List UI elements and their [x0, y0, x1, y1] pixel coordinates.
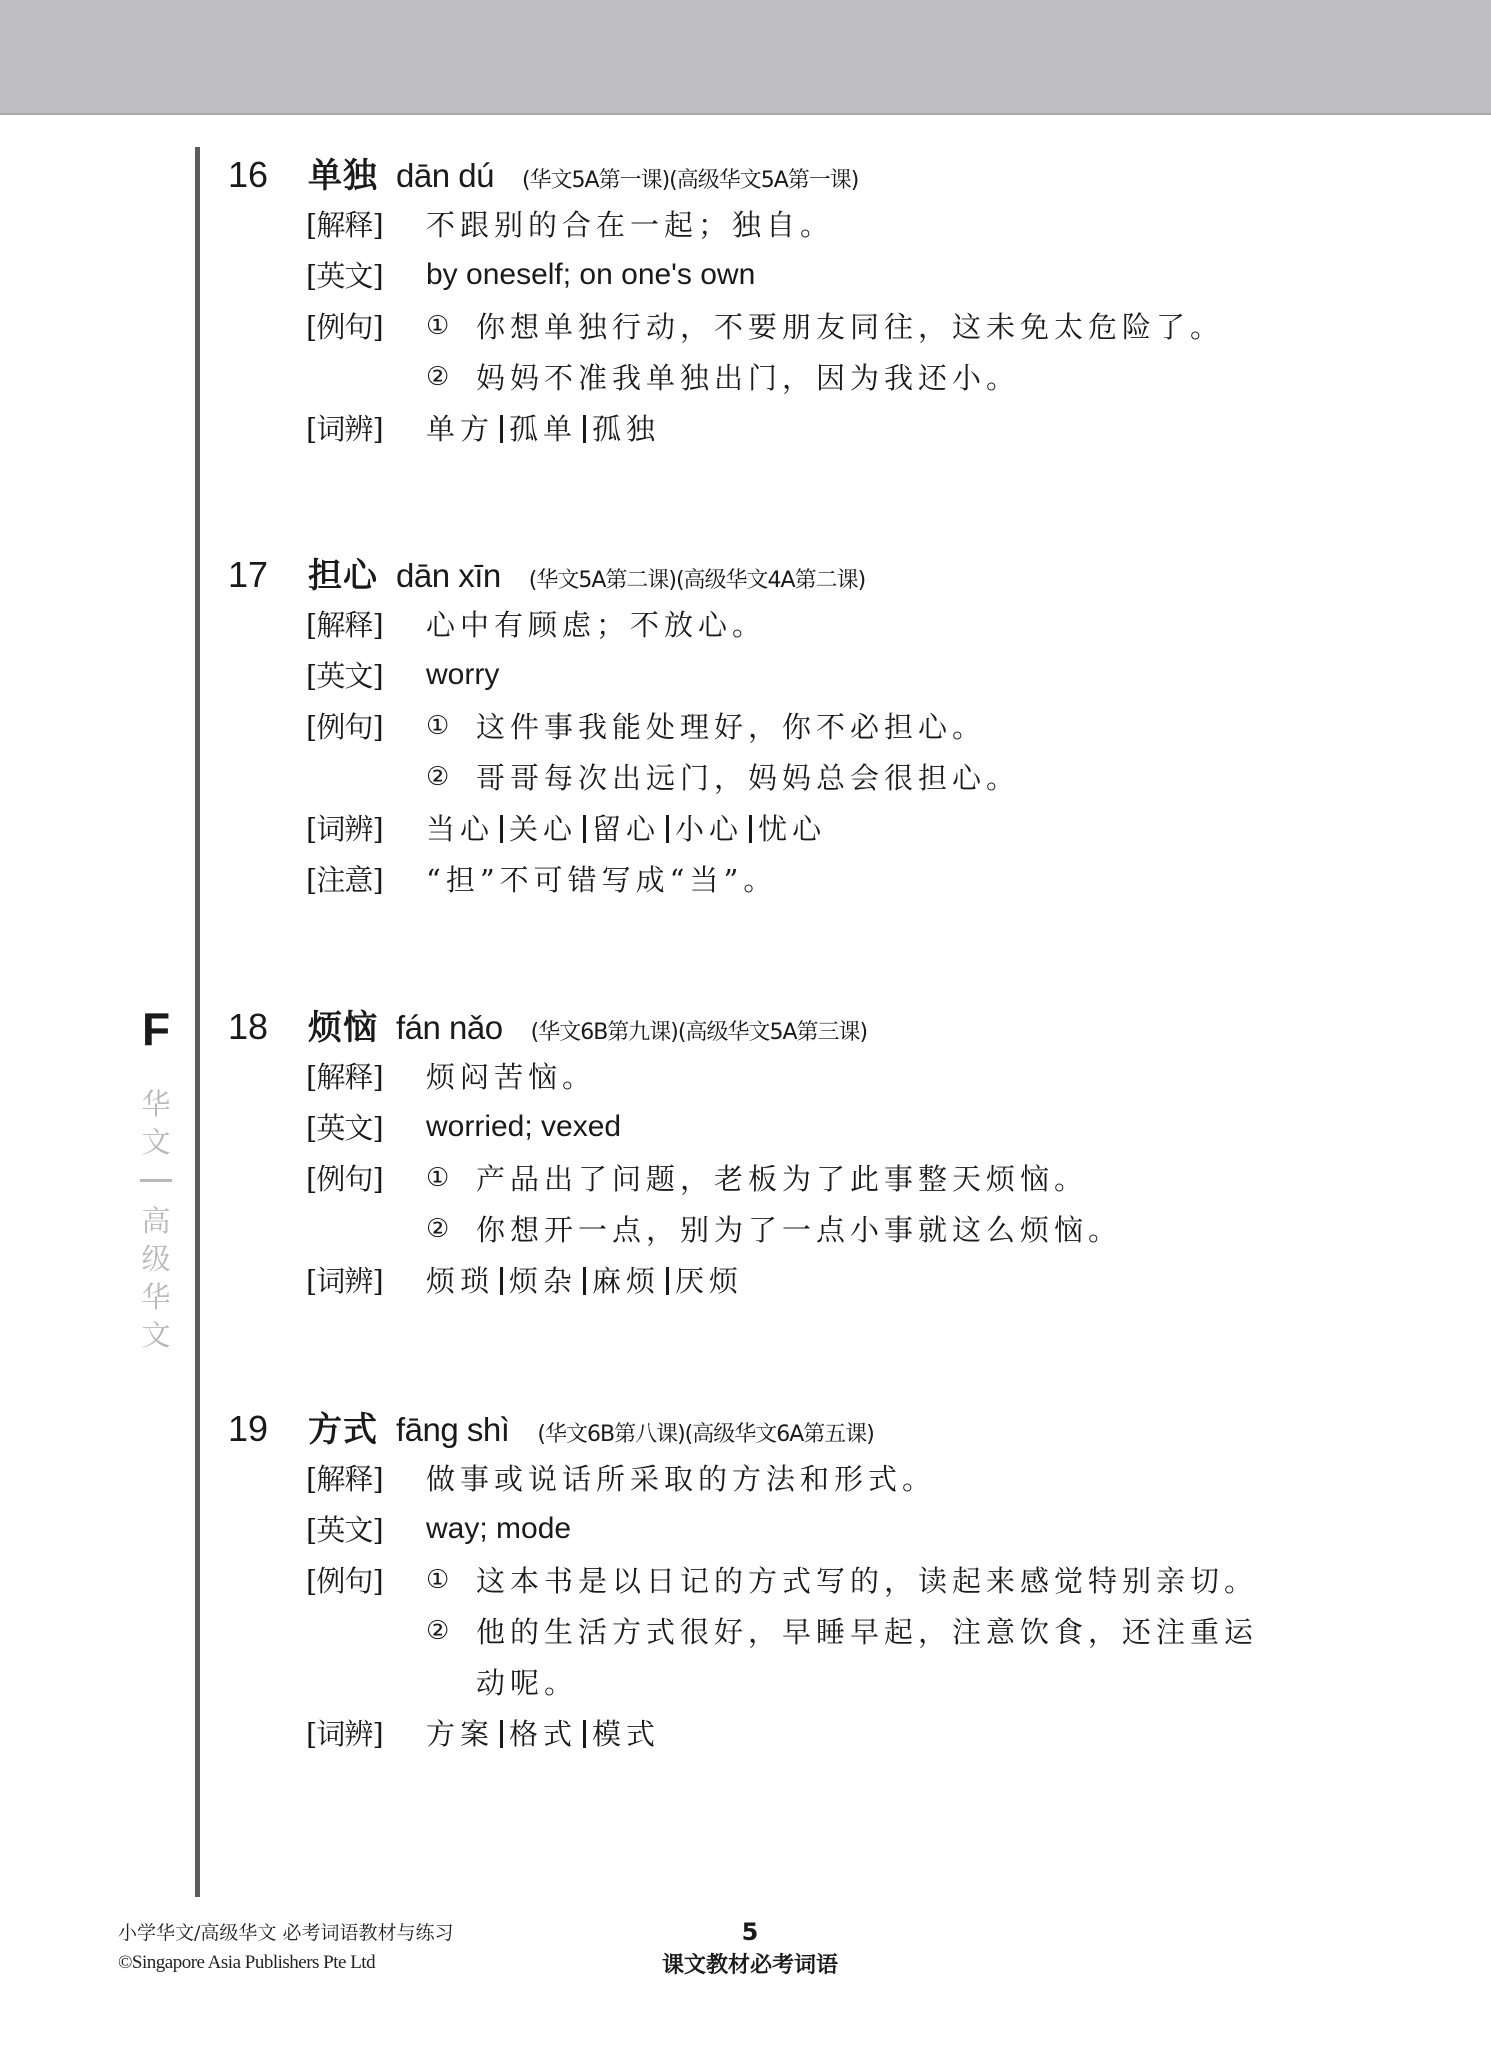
distinguish-label: [词辨] [306, 807, 426, 848]
example-text: 这本书是以日记的方式写的，读起来感觉特别亲切。 [476, 1559, 1258, 1600]
separator [500, 415, 503, 443]
vocab-entry-19: 19 方式 fāng shì (华文6B第八课)(高级华文6A第五课) [解释]… [228, 1402, 1428, 1758]
entry-word: 烦恼 [308, 1000, 378, 1049]
explain-text: 不跟别的合在一起；独自。 [426, 203, 834, 244]
example-row-2: ② 他的生活方式很好，早睡早起，注意饮食，还注重运 [306, 1605, 1428, 1656]
related-word: 麻烦 [592, 1264, 660, 1298]
related-word: 当心 [426, 812, 494, 846]
distinguish-row: [词辨] 烦琐烦杂麻烦厌烦 [306, 1254, 1428, 1305]
vocab-entry-18: 18 烦恼 fán nǎo (华文6B第九课)(高级华文5A第三课) [解释] … [228, 1000, 1428, 1305]
side-vertical-label: 华文 高级华文 [137, 1085, 175, 1354]
entry-number: 16 [228, 154, 308, 196]
side-label-top: 华文 [141, 1087, 170, 1159]
related-word: 孤独 [592, 412, 660, 446]
example-text: 哥哥每次出远门，妈妈总会很担心。 [476, 756, 1020, 797]
example-row-2: ② 妈妈不准我单独出门，因为我还小。 [306, 351, 1428, 402]
entry-sources: (华文5A第二课)(高级华文4A第二课) [529, 563, 865, 594]
related-word: 格式 [509, 1717, 577, 1751]
circle-two-icon: ② [426, 762, 476, 792]
distinguish-list: 单方孤单孤独 [426, 407, 660, 448]
english-text: by oneself; on one's own [426, 258, 755, 292]
example-row-1: [例句] ① 你想单独行动，不要朋友同往，这未免太危险了。 [306, 300, 1428, 351]
circle-one-icon: ① [426, 311, 476, 341]
distinguish-list: 烦琐烦杂麻烦厌烦 [426, 1259, 743, 1300]
explain-row: [解释] 做事或说话所采取的方法和形式。 [306, 1452, 1428, 1503]
vocab-entry-17: 17 担心 dān xīn (华文5A第二课)(高级华文4A第二课) [解释] … [228, 548, 1428, 904]
example-continuation: 动呢。 [476, 1656, 1428, 1707]
example-row-1: [例句] ① 这本书是以日记的方式写的，读起来感觉特别亲切。 [306, 1554, 1428, 1605]
side-label-bottom: 高级华文 [141, 1204, 170, 1352]
distinguish-label: [词辨] [306, 1259, 426, 1300]
example-text: 你想开一点，别为了一点小事就这么烦恼。 [476, 1208, 1122, 1249]
separator [500, 1267, 503, 1295]
separator [583, 1720, 586, 1748]
separator [500, 815, 503, 843]
entry-pinyin: fāng shì [396, 1411, 509, 1449]
related-word: 孤单 [509, 412, 577, 446]
english-label: [英文] [306, 1106, 426, 1147]
entry-header: 16 单独 dān dú (华文5A第一课)(高级华文5A第一课) [228, 148, 1428, 198]
related-word: 烦杂 [509, 1264, 577, 1298]
separator [749, 815, 752, 843]
separator [583, 415, 586, 443]
explain-label: [解释] [306, 603, 426, 644]
explain-label: [解释] [306, 203, 426, 244]
page-number: 5 [640, 1915, 860, 1949]
note-label: [注意] [306, 858, 426, 899]
explain-text: 做事或说话所采取的方法和形式。 [426, 1457, 936, 1498]
example-text: 他的生活方式很好，早睡早起，注意饮食，还注重运 [476, 1610, 1258, 1651]
separator [666, 1267, 669, 1295]
english-text: way; mode [426, 1512, 571, 1546]
explain-row: [解释] 不跟别的合在一起；独自。 [306, 198, 1428, 249]
related-word: 忧心 [758, 812, 826, 846]
example-label: [例句] [306, 1157, 426, 1198]
entry-number: 17 [228, 554, 308, 596]
entry-number: 19 [228, 1408, 308, 1450]
footer-book-info: 小学华文/高级华文 必考词语教材与练习 ©Singapore Asia Publ… [118, 1918, 453, 1978]
english-row: [英文] worried; vexed [306, 1101, 1428, 1152]
example-row-1: [例句] ① 产品出了问题，老板为了此事整天烦恼。 [306, 1152, 1428, 1203]
distinguish-label: [词辨] [306, 1712, 426, 1753]
entry-header: 19 方式 fāng shì (华文6B第八课)(高级华文6A第五课) [228, 1402, 1428, 1452]
example-label: [例句] [306, 1559, 426, 1600]
related-word: 小心 [675, 812, 743, 846]
example-label: [例句] [306, 305, 426, 346]
vocab-entry-16: 16 单独 dān dú (华文5A第一课)(高级华文5A第一课) [解释] 不… [228, 148, 1428, 453]
copyright-text: ©Singapore Asia Publishers Pte Ltd [118, 1948, 453, 1978]
explain-label: [解释] [306, 1055, 426, 1096]
related-word: 留心 [592, 812, 660, 846]
note-text: “担”不可错写成“当”。 [426, 858, 777, 899]
example-row-1: [例句] ① 这件事我能处理好，你不必担心。 [306, 700, 1428, 751]
english-row: [英文] way; mode [306, 1503, 1428, 1554]
page-header-band [0, 0, 1491, 115]
entry-sources: (华文5A第一课)(高级华文5A第一课) [522, 163, 858, 194]
distinguish-list: 当心关心留心小心忧心 [426, 807, 826, 848]
english-row: [英文] worry [306, 649, 1428, 700]
entry-word: 方式 [308, 1402, 378, 1451]
english-label: [英文] [306, 654, 426, 695]
english-text: worried; vexed [426, 1110, 621, 1144]
entry-sources: (华文6B第九课)(高级华文5A第三课) [531, 1015, 867, 1046]
circle-one-icon: ① [426, 711, 476, 741]
distinguish-row: [词辨] 方案格式模式 [306, 1707, 1428, 1758]
example-text: 妈妈不准我单独出门，因为我还小。 [476, 356, 1020, 397]
note-row: [注意] “担”不可错写成“当”。 [306, 853, 1428, 904]
related-word: 模式 [592, 1717, 660, 1751]
example-text: 你想单独行动，不要朋友同往，这未免太危险了。 [476, 305, 1224, 346]
side-label-dash [140, 1179, 172, 1182]
entry-sources: (华文6B第八课)(高级华文6A第五课) [537, 1417, 873, 1448]
example-row-2: ② 哥哥每次出远门，妈妈总会很担心。 [306, 751, 1428, 802]
english-text: worry [426, 658, 499, 692]
english-label: [英文] [306, 1508, 426, 1549]
circle-one-icon: ① [426, 1163, 476, 1193]
related-word: 单方 [426, 412, 494, 446]
book-title: 小学华文/高级华文 必考词语教材与练习 [118, 1918, 453, 1948]
entry-header: 18 烦恼 fán nǎo (华文6B第九课)(高级华文5A第三课) [228, 1000, 1428, 1050]
explain-text: 心中有顾虑；不放心。 [426, 603, 766, 644]
english-row: [英文] by oneself; on one's own [306, 249, 1428, 300]
entry-header: 17 担心 dān xīn (华文5A第二课)(高级华文4A第二课) [228, 548, 1428, 598]
separator [583, 815, 586, 843]
related-word: 关心 [509, 812, 577, 846]
circle-two-icon: ② [426, 1214, 476, 1244]
distinguish-row: [词辨] 单方孤单孤独 [306, 402, 1428, 453]
english-label: [英文] [306, 254, 426, 295]
entry-word: 担心 [308, 548, 378, 597]
separator [500, 1720, 503, 1748]
margin-rule [195, 147, 200, 1897]
related-word: 烦琐 [426, 1264, 494, 1298]
explain-label: [解释] [306, 1457, 426, 1498]
circle-two-icon: ② [426, 1616, 476, 1646]
circle-one-icon: ① [426, 1565, 476, 1595]
footer-page-info: 5 课文教材必考词语 [640, 1915, 860, 1983]
index-letter: F [136, 1004, 176, 1054]
distinguish-row: [词辨] 当心关心留心小心忧心 [306, 802, 1428, 853]
section-title: 课文教材必考词语 [640, 1949, 860, 1983]
entry-number: 18 [228, 1006, 308, 1048]
explain-row: [解释] 烦闷苦恼。 [306, 1050, 1428, 1101]
explain-row: [解释] 心中有顾虑；不放心。 [306, 598, 1428, 649]
distinguish-label: [词辨] [306, 407, 426, 448]
explain-text: 烦闷苦恼。 [426, 1055, 596, 1096]
related-word: 厌烦 [675, 1264, 743, 1298]
example-text: 这件事我能处理好，你不必担心。 [476, 705, 986, 746]
separator [666, 815, 669, 843]
distinguish-list: 方案格式模式 [426, 1712, 660, 1753]
example-label: [例句] [306, 705, 426, 746]
entry-pinyin: dān xīn [396, 557, 501, 595]
separator [583, 1267, 586, 1295]
entry-pinyin: dān dú [396, 157, 494, 195]
entry-pinyin: fán nǎo [396, 1009, 503, 1047]
entry-word: 单独 [308, 148, 378, 197]
related-word: 方案 [426, 1717, 494, 1751]
example-text: 产品出了问题，老板为了此事整天烦恼。 [476, 1157, 1088, 1198]
example-row-2: ② 你想开一点，别为了一点小事就这么烦恼。 [306, 1203, 1428, 1254]
circle-two-icon: ② [426, 362, 476, 392]
